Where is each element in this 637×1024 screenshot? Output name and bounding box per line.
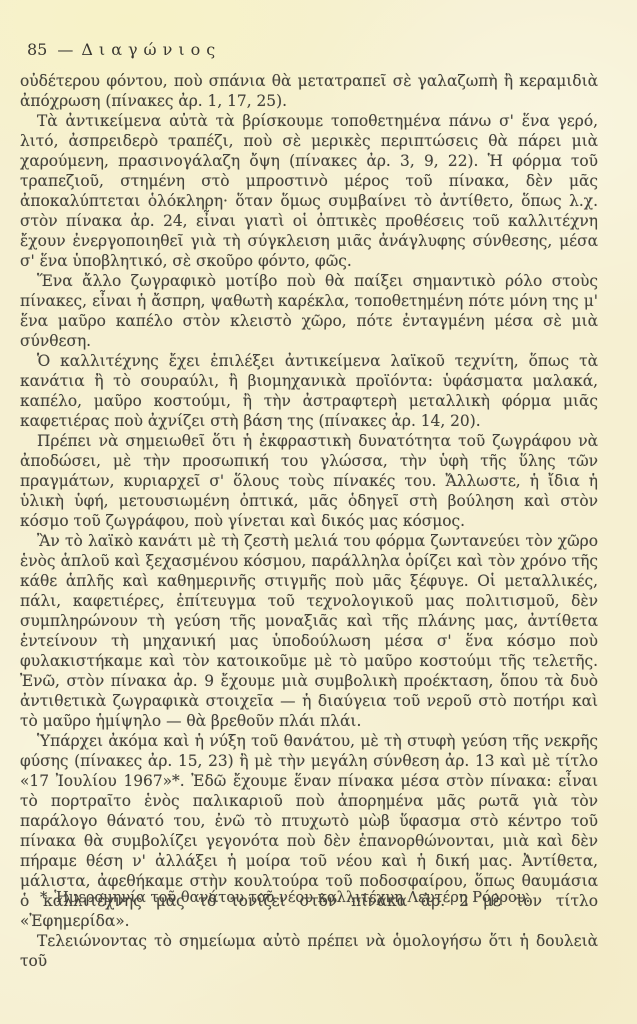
page-number: 85	[27, 40, 47, 59]
magazine-title: Διαγώνιος	[81, 40, 221, 59]
article-text: οὐδέτερου φόντου, ποὺ σπάνια θὰ μετατραπ…	[20, 71, 598, 971]
paragraph: Τελειώνοντας τὸ σημείωμα αὐτὸ πρέπει νὰ …	[20, 931, 598, 971]
scanned-book-page: 85—Διαγώνιος οὐδέτερου φόντου, ποὺ σπάνι…	[0, 0, 637, 1024]
paragraph: Ὁ καλλιτέχνης ἔχει ἐπιλέξει ἀντικείμενα …	[20, 351, 598, 431]
paragraph: Ἕνα ἄλλο ζωγραφικὸ μοτίβο ποὺ θὰ παίξει …	[20, 271, 598, 351]
paragraph: Τὰ ἀντικείμενα αὐτὰ τὰ βρίσκουμε τοποθετ…	[20, 111, 598, 271]
paragraph: Ἂν τὸ λαϊκὸ κανάτι μὲ τὴ ζεστὴ μελιά του…	[20, 531, 598, 731]
footnote-asterisk: *	[40, 889, 47, 906]
footnote-text: Ἡμερομηνία τοῦ θανάτου τοῦ νέου καλλιτέχ…	[54, 889, 530, 906]
header-dash: —	[57, 40, 73, 59]
footnote: *Ἡμερομηνία τοῦ θανάτου τοῦ νέου καλλιτέ…	[40, 888, 580, 907]
paragraph: Πρέπει νὰ σημειωθεῖ ὅτι ἡ ἐκφραστικὴ δυν…	[20, 431, 598, 531]
running-head: 85—Διαγώνιος	[27, 40, 221, 59]
paragraph: οὐδέτερου φόντου, ποὺ σπάνια θὰ μετατραπ…	[20, 71, 598, 111]
